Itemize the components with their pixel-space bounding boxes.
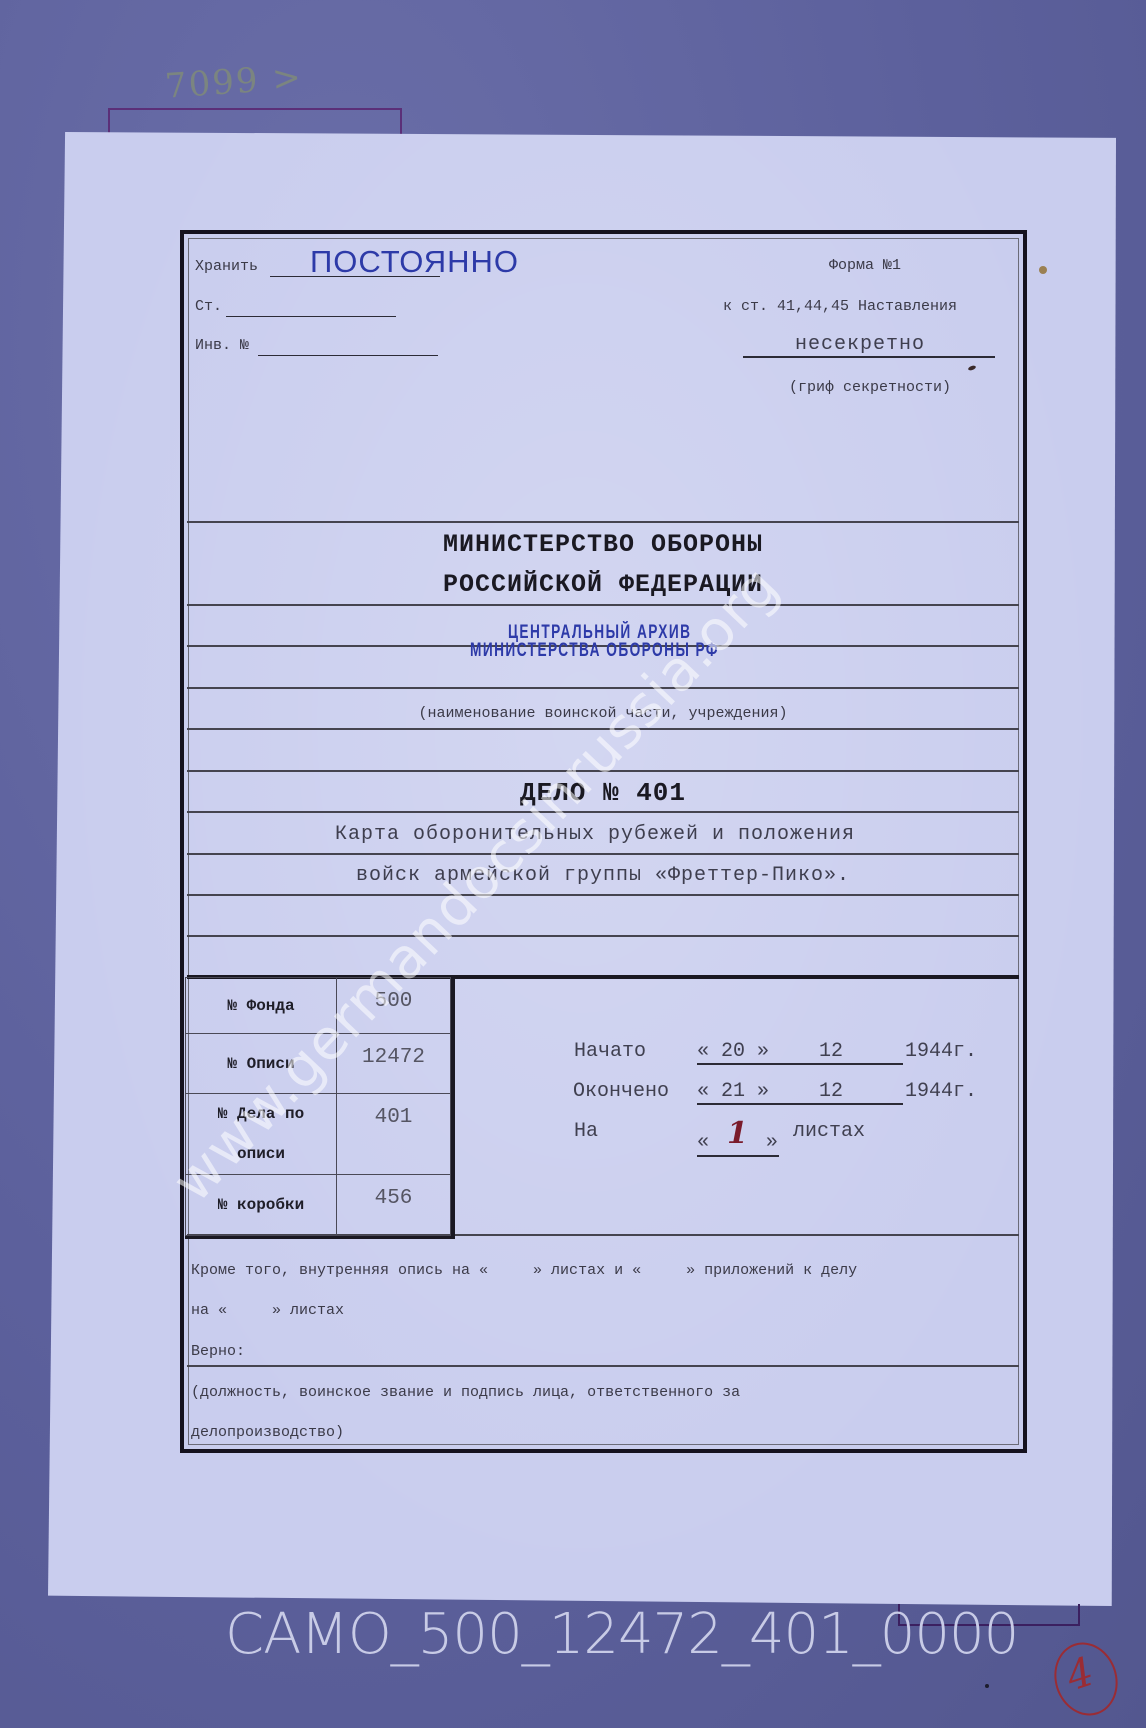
sheets-count-handwritten: 1 <box>727 1116 748 1151</box>
ended-month: 12 <box>819 1080 843 1103</box>
unit-caption: (наименование воинской части, учреждения… <box>0 705 1146 722</box>
ministry-line-2: РОССИЙСКОЙ ФЕДЕРАЦИИ <box>0 570 1146 599</box>
responsible-line-1: (должность, воинское звание и подпись ли… <box>191 1384 740 1401</box>
ledger-value: 401 <box>337 1094 451 1175</box>
sheets-suffix: листах <box>793 1120 865 1143</box>
ledger-value: 456 <box>337 1175 451 1236</box>
file-code: CAMO_500_12472_401_0000 <box>225 1602 1018 1667</box>
st-label: Ст. <box>195 298 222 315</box>
rule-line <box>187 604 1019 606</box>
inventory-line-2: на « » листах <box>191 1302 344 1319</box>
st-field-line <box>226 316 396 317</box>
inventory-line-1: Кроме того, внутренняя опись на « » лист… <box>191 1262 857 1279</box>
sheets-label: На <box>574 1120 598 1143</box>
classification-value: несекретно <box>795 333 925 356</box>
rule-line <box>187 1365 1019 1367</box>
started-day: « 20 » <box>697 1040 769 1063</box>
responsible-line-2: делопроизводство) <box>191 1424 344 1441</box>
certified-label: Верно: <box>191 1343 245 1360</box>
rule-line <box>187 853 1019 855</box>
started-date-field: « 20 »12 <box>697 1040 903 1065</box>
started-label: Начато <box>574 1040 646 1063</box>
sheets-close-quote: » <box>766 1131 778 1154</box>
rule-line <box>187 521 1019 523</box>
form-number: Форма №1 <box>829 257 901 274</box>
speck <box>985 1684 989 1688</box>
classification-line <box>743 356 995 358</box>
started-month: 12 <box>819 1040 843 1063</box>
case-description-line-2: войск армейской группы «Фреттер-Пико». <box>0 864 1146 887</box>
ended-day: « 21 » <box>697 1080 769 1103</box>
ministry-line-1: МИНИСТЕРСТВО ОБОРОНЫ <box>0 530 1146 559</box>
rule-line <box>187 935 1019 937</box>
classification-caption: (гриф секретности) <box>789 379 951 396</box>
ended-year: 1944г. <box>905 1080 977 1103</box>
stain-dot <box>1039 266 1047 274</box>
ended-date-field: « 21 »12 <box>697 1080 903 1105</box>
started-year: 1944г. <box>905 1040 977 1063</box>
ended-label: Окончено <box>573 1080 669 1103</box>
regulation-reference: к ст. 41,44,45 Наставления <box>723 298 957 315</box>
rule-line <box>187 811 1019 813</box>
inv-label: Инв. № <box>195 337 249 354</box>
circled-number: 4 <box>1061 1649 1099 1701</box>
sheets-count-field: « 1 » <box>697 1120 779 1157</box>
sheets-open-quote: « <box>697 1131 709 1154</box>
inv-field-line <box>258 355 438 356</box>
rule-line <box>187 894 1019 896</box>
keep-label: Хранить <box>195 258 258 275</box>
keep-stamp: ПОСТОЯННО <box>310 244 519 280</box>
rule-line <box>187 687 1019 689</box>
